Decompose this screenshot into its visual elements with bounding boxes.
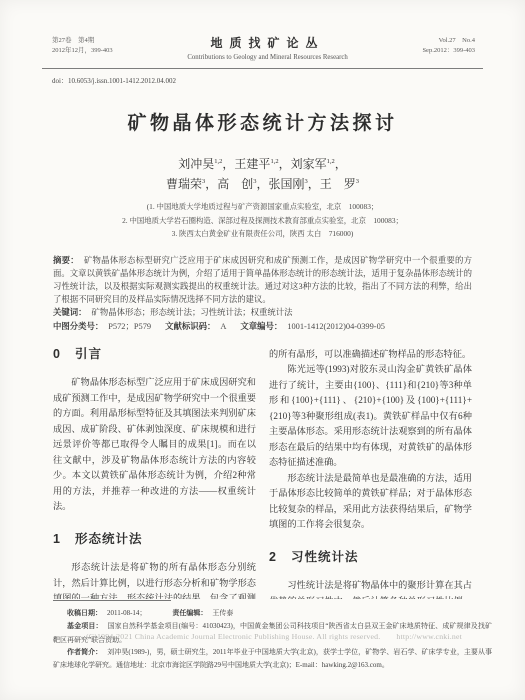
footnote-divider	[53, 600, 171, 601]
received-label: 收稿日期：	[67, 610, 102, 617]
paragraph: 形态统计法是最简单也是最准确的方法，适用于晶体形态比较简单的黄铁矿样品；对于晶体…	[269, 471, 472, 533]
author-affil-sup: 3	[356, 178, 359, 185]
journal-header: 第27卷 第4期 2012年12月，399-403 地质找矿论丛 Contrib…	[52, 36, 475, 61]
author-name: 王 罗	[320, 177, 356, 191]
left-column: 0引言 矿物晶体形态标型广泛应用于矿床成因研究和成矿预测工作中，是成因矿物学研究…	[53, 347, 256, 599]
affiliation-3: 3. 陕西太白黄金矿业有限责任公司，陕西 太白 716000)	[0, 227, 525, 241]
header-divider	[42, 68, 483, 69]
author: 张国刚3，	[269, 177, 320, 191]
section-0-heading: 0引言	[53, 347, 256, 363]
author: 王建平1,2，	[234, 157, 290, 171]
doc-code-value: A	[220, 322, 226, 331]
received-date-line: 收稿日期：2011-08-14；责任编辑：王传泰	[53, 607, 492, 620]
affiliation-2: 2. 中国地质大学岩石圈构造、深部过程及探测技术教育部重点实验室，北京 1000…	[0, 214, 525, 228]
section-number: 0	[53, 347, 61, 361]
volume-line-en: Vol.27 No.4	[422, 36, 475, 46]
volume-issue-en: Vol.27 No.4 Sep.2012：399-403	[422, 36, 475, 55]
author-separator: ，	[279, 157, 291, 171]
author-name: 张国刚	[269, 177, 305, 191]
keywords-text: 矿物晶体形态；形态统计法；习性统计法；权重统计法	[92, 308, 293, 317]
clc-label: 中图分类号：	[53, 321, 103, 331]
author-name: 刘家军	[291, 157, 327, 171]
affiliations-block: (1. 中国地质大学地质过程与矿产资源国家重点实验室，北京 100083； 2.…	[0, 200, 525, 241]
editor-value: 王传泰	[212, 609, 233, 617]
author-name: 高 创	[217, 177, 253, 191]
author-separator: ，	[256, 177, 268, 191]
section-title: 形态统计法	[75, 532, 143, 546]
classification-line: 中图分类号：P572；P579文献标识码：A文章编号：1001-1412(201…	[53, 320, 472, 333]
author: 曹瑞荣3，	[166, 177, 217, 191]
author-affil-sup: 1,2	[270, 158, 278, 165]
journal-name: 地质找矿论丛 Contributions to Geology and Mine…	[187, 34, 347, 61]
section-1-heading: 1形态统计法	[53, 532, 256, 548]
received-value: 2011-08-14；	[107, 609, 146, 617]
article-id-label: 文章编号：	[240, 321, 282, 331]
author: 刘冲昊1,2，	[178, 157, 234, 171]
abstract-block: 摘要：矿物晶体形态标型研究广泛应用于矿床成因研究和成矿预测工作，是成因矿物学研究…	[53, 254, 472, 333]
author: 王 罗3	[320, 177, 359, 191]
journal-name-cn: 地质找矿论丛	[187, 34, 347, 51]
section-2-heading: 2习性统计法	[269, 550, 472, 566]
date-pages-en: Sep.2012：399-403	[422, 46, 475, 56]
author: 高 创3，	[217, 177, 268, 191]
section-number: 2	[269, 550, 277, 564]
abstract-paragraph: 摘要：矿物晶体形态标型研究广泛应用于矿床成因研究和成矿预测工作，是成因矿物学研究…	[53, 254, 472, 307]
author-bio-label: 作者简介：	[67, 649, 102, 656]
author-name: 王建平	[234, 157, 270, 171]
paragraph: 陈光远等(1993)对胶东灵山沟金矿黄铁矿晶体进行了统计，主要由{100}、{1…	[269, 362, 472, 471]
author-separator: ，	[222, 157, 234, 171]
section-title: 习性统计法	[291, 550, 359, 564]
author-name: 刘冲昊	[178, 157, 214, 171]
clc-value: P572；P579	[108, 322, 151, 331]
article-id-value: 1001-1412(2012)04-0399-05	[287, 322, 385, 331]
paragraph: 形态统计法是将矿物的所有晶体形态分别统计，然后计算比例，以进行形态分析和矿物学形…	[53, 560, 256, 599]
volume-line-cn: 第27卷 第4期	[52, 36, 113, 46]
cnki-watermark: (C)1994-2021 China Academic Journal Elec…	[86, 631, 525, 642]
author-separator: ，	[205, 177, 217, 191]
author-name: 曹瑞荣	[166, 177, 202, 191]
author-bio-line: 作者简介：刘冲昊(1989-)，男，硕士研究生，2011年毕业于中国地质大学(北…	[53, 646, 492, 672]
volume-issue-cn: 第27卷 第4期 2012年12月，399-403	[52, 36, 113, 55]
doc-code-label: 文献标识码：	[165, 321, 215, 331]
article-title: 矿物晶体形态统计方法探讨	[0, 108, 525, 135]
keywords-label: 关键词：	[53, 307, 87, 317]
abstract-text: 矿物晶体形态标型研究广泛应用于矿床成因研究和成矿预测工作，是成因矿物学研究中一个…	[53, 256, 472, 305]
paragraph: 矿物晶体形态标型广泛应用于矿床成因研究和成矿预测工作中，是成因矿物学研究中一个很…	[53, 375, 256, 515]
affiliation-1: (1. 中国地质大学地质过程与矿产资源国家重点实验室，北京 100083；	[0, 200, 525, 214]
section-title: 引言	[75, 347, 102, 361]
funding-label: 基金项目：	[67, 623, 103, 630]
date-pages-cn: 2012年12月，399-403	[52, 46, 113, 56]
doi: doi：10.6053/j.issn.1001-1412.2012.04.002	[52, 76, 525, 86]
article-body: 0引言 矿物晶体形态标型广泛应用于矿床成因研究和成矿预测工作中，是成因矿物学研究…	[53, 347, 473, 599]
authors-block: 刘冲昊1,2，王建平1,2，刘家军1,2， 曹瑞荣3，高 创3，张国刚3，王 罗…	[0, 153, 525, 193]
editor-label: 责任编辑：	[172, 610, 207, 617]
section-number: 1	[53, 532, 61, 546]
author-affil-sup: 1,2	[327, 158, 335, 165]
paper-page: 第27卷 第4期 2012年12月，399-403 地质找矿论丛 Contrib…	[0, 0, 525, 700]
authors-line-1: 刘冲昊1,2，王建平1,2，刘家军1,2，	[0, 153, 525, 173]
abstract-label: 摘要：	[53, 255, 79, 265]
right-column: 的所有晶形，可以准确描述矿物样品的形态特征。 陈光远等(1993)对胶东灵山沟金…	[269, 347, 472, 599]
author-separator: ，	[335, 157, 347, 171]
paragraph-continuation: 的所有晶形，可以准确描述矿物样品的形态特征。	[269, 347, 472, 363]
author-bio-value: 刘冲昊(1989-)，男，硕士研究生，2011年毕业于中国地质大学(北京)，获学…	[53, 648, 492, 669]
author-separator: ，	[308, 177, 320, 191]
journal-name-en: Contributions to Geology and Mineral Res…	[187, 54, 347, 61]
author: 刘家军1,2，	[291, 157, 347, 171]
keywords-line: 关键词：矿物晶体形态；形态统计法；习性统计法；权重统计法	[53, 306, 472, 319]
authors-line-2: 曹瑞荣3，高 创3，张国刚3，王 罗3	[0, 173, 525, 193]
paragraph: 习性统计法是将矿物晶体中的聚形计算在其占优势的单形习性中，然后计算各种单形习性比…	[269, 578, 472, 599]
